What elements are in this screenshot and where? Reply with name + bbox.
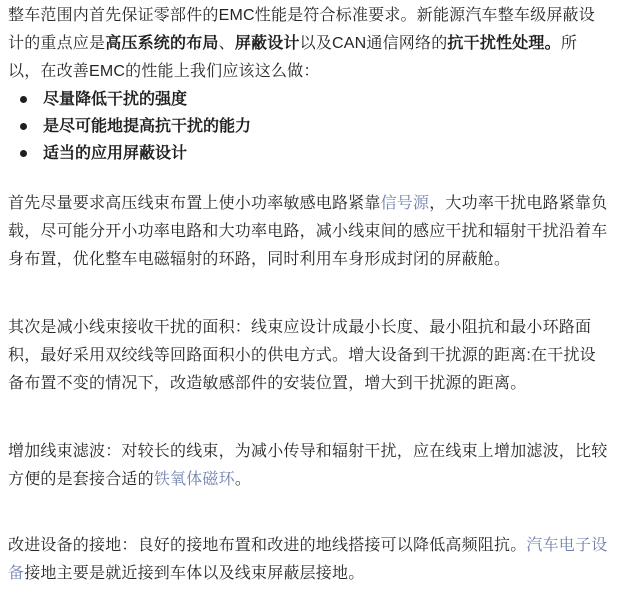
bullet-icon (20, 123, 27, 130)
document-page: 整车范围内首先保证零部件的EMC性能是符合标准要求。新能源汽车整车级屏蔽设计的重… (0, 0, 617, 613)
list-item: 适当的应用屏蔽设计 (8, 140, 609, 167)
bold-text-run: 抗干扰性处理。 (447, 35, 560, 52)
bullet-label: 尽量降低干扰的强度 (43, 91, 187, 108)
harness-layout-paragraph: 首先尽量要求高压线束布置上使小功率敏感电路紧靠信号源，大功率干扰电路紧靠负载，尽… (8, 190, 609, 274)
bullet-list: 尽量降低干扰的强度 是尽可能地提高抗干扰的能力 适当的应用屏蔽设计 (8, 86, 609, 167)
list-item: 是尽可能地提高抗干扰的能力 (8, 113, 609, 140)
bold-text-run: 屏蔽设计 (235, 35, 300, 52)
text-run: 以及CAN通信网络的 (300, 35, 448, 52)
grounding-paragraph: 改进设备的接地：良好的接地布置和改进的地线搭接可以降低高频阻抗。汽车电子设备接地… (8, 532, 609, 588)
bullet-label: 适当的应用屏蔽设计 (43, 145, 187, 162)
text-run: 。 (235, 471, 251, 488)
bullet-icon (20, 96, 27, 103)
text-run: 改进设备的接地：良好的接地布置和改进的地线搭接可以降低高频阻抗。 (8, 537, 526, 554)
ferrite-ring-link[interactable]: 铁氧体磁环 (154, 471, 235, 488)
loop-area-paragraph: 其次是减小线束接收干扰的面积：线束应设计成最小长度、最小阻抗和最小环路面积，最好… (8, 314, 609, 398)
bullet-icon (20, 150, 27, 157)
text-run: 其次是减小线束接收干扰的面积：线束应设计成最小长度、最小阻抗和最小环路面积，最好… (8, 319, 596, 392)
signal-source-link[interactable]: 信号源 (381, 195, 430, 212)
text-run: 接地主要是就近接到车体以及线束屏蔽层接地。 (24, 565, 364, 582)
intro-paragraph: 整车范围内首先保证零部件的EMC性能是符合标准要求。新能源汽车整车级屏蔽设计的重… (8, 2, 609, 86)
text-run: 增加线束滤波：对较长的线束，为减小传导和辐射干扰，应在线束上增加滤波，比较方便的… (8, 443, 607, 488)
text-run: 首先尽量要求高压线束布置上使小功率敏感电路紧靠 (8, 195, 381, 212)
text-run: 、 (219, 35, 235, 52)
list-item: 尽量降低干扰的强度 (8, 86, 609, 113)
bold-text-run: 高压系统的布局 (105, 35, 218, 52)
bullet-label: 是尽可能地提高抗干扰的能力 (43, 118, 251, 135)
harness-filter-paragraph: 增加线束滤波：对较长的线束，为减小传导和辐射干扰，应在线束上增加滤波，比较方便的… (8, 438, 609, 494)
